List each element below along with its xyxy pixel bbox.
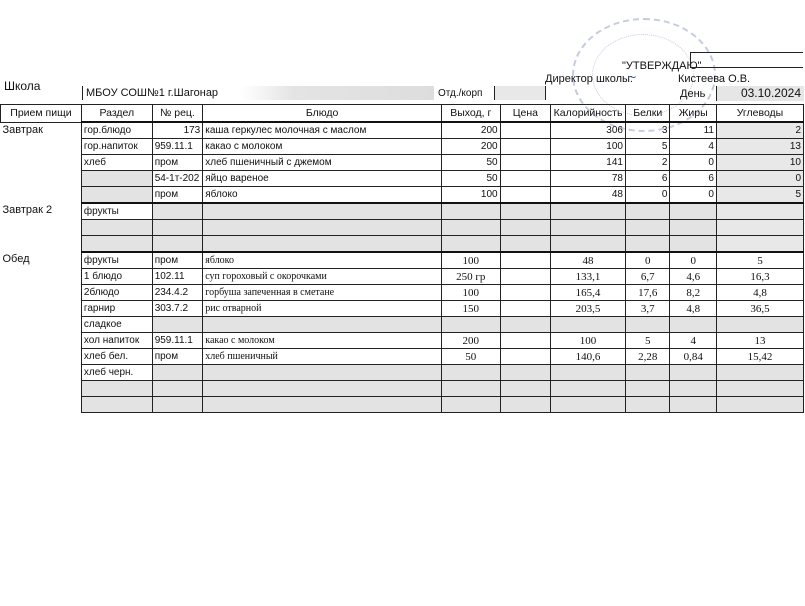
- cell-dish[interactable]: яблоко: [203, 252, 442, 269]
- cell-carbs[interactable]: 15,42: [716, 349, 803, 365]
- cell-protein[interactable]: 17,6: [625, 285, 669, 301]
- cell-section[interactable]: гор.блюдо: [81, 122, 152, 139]
- day-field[interactable]: 03.10.2024: [716, 86, 804, 101]
- cell-protein[interactable]: [625, 220, 669, 236]
- cell-recipe[interactable]: пром: [152, 155, 203, 171]
- cell-fat[interactable]: 8,2: [670, 285, 717, 301]
- cell-protein[interactable]: 0: [625, 187, 669, 204]
- table-row: [1, 381, 804, 397]
- column-header-price: Цена: [500, 105, 551, 123]
- cell-carbs[interactable]: [716, 365, 803, 381]
- cell-carbs[interactable]: 13: [716, 139, 803, 155]
- meal-name: Завтрак 2: [1, 203, 82, 252]
- cell-recipe[interactable]: [152, 381, 203, 397]
- table-row: 2блюдо234.4.2горбуша запеченная в сметан…: [1, 285, 804, 301]
- column-header-carbs: Углеводы: [716, 105, 803, 123]
- meal-name: Завтрак: [1, 122, 82, 203]
- cell-calories[interactable]: 48: [551, 187, 626, 204]
- cell-dish[interactable]: хлеб пшеничный: [203, 349, 442, 365]
- cell-dish[interactable]: суп гороховый с окорочками: [203, 269, 442, 285]
- cell-carbs[interactable]: [716, 203, 803, 220]
- cell-calories[interactable]: 100: [551, 139, 626, 155]
- table-row: промяблоко10048005: [1, 187, 804, 204]
- table-header-row: Прием пищиРаздел№ рец.БлюдоВыход, гЦенаК…: [1, 105, 804, 123]
- cell-carbs[interactable]: [716, 236, 803, 253]
- cell-carbs[interactable]: [716, 317, 803, 333]
- table-row: 1 блюдо102.11суп гороховый с окорочками2…: [1, 269, 804, 285]
- table-row: гарнир303.7.2рис отварной150203,53,74,83…: [1, 301, 804, 317]
- cell-calories[interactable]: [551, 365, 626, 381]
- signature: ~: [627, 70, 677, 84]
- director-label: Директор школы:: [545, 73, 633, 85]
- table-row: [1, 236, 804, 253]
- cell-output[interactable]: 50: [441, 171, 500, 187]
- cell-price[interactable]: [500, 285, 551, 301]
- cell-dish[interactable]: [203, 365, 442, 381]
- cell-fat[interactable]: 6: [670, 171, 717, 187]
- cell-calories[interactable]: [551, 397, 626, 413]
- table-row: 54-1т-202яйцо вареное5078660: [1, 171, 804, 187]
- table-row: хлеб черн.: [1, 365, 804, 381]
- cell-output[interactable]: [441, 220, 500, 236]
- cell-output[interactable]: 100: [441, 187, 500, 204]
- cell-recipe[interactable]: 959.11.1: [152, 139, 203, 155]
- cell-recipe[interactable]: 173: [152, 122, 203, 139]
- cell-dish[interactable]: [203, 220, 442, 236]
- cell-section[interactable]: 1 блюдо: [81, 269, 152, 285]
- cell-output[interactable]: 200: [441, 122, 500, 139]
- cell-fat[interactable]: [670, 365, 717, 381]
- cell-carbs[interactable]: [716, 220, 803, 236]
- cell-protein[interactable]: 5: [625, 333, 669, 349]
- cell-output[interactable]: [441, 203, 500, 220]
- cell-calories[interactable]: 100: [551, 333, 626, 349]
- cell-dish[interactable]: яблоко: [203, 187, 442, 204]
- table-row: Обедфруктыпромяблоко10048005: [1, 252, 804, 269]
- cell-carbs[interactable]: 0: [716, 171, 803, 187]
- cell-protein[interactable]: 3,7: [625, 301, 669, 317]
- dept-label: Отд./корп: [438, 88, 482, 99]
- cell-recipe[interactable]: [152, 365, 203, 381]
- cell-calories[interactable]: [551, 317, 626, 333]
- cell-output[interactable]: [441, 317, 500, 333]
- cell-calories[interactable]: 140,6: [551, 349, 626, 365]
- cell-protein[interactable]: [625, 203, 669, 220]
- cell-fat[interactable]: 4: [670, 333, 717, 349]
- cell-output[interactable]: [441, 381, 500, 397]
- cell-carbs[interactable]: 36,5: [716, 301, 803, 317]
- cell-recipe[interactable]: пром: [152, 349, 203, 365]
- cell-price[interactable]: [500, 236, 551, 253]
- cell-price[interactable]: [500, 220, 551, 236]
- cell-section[interactable]: гор.напиток: [81, 139, 152, 155]
- cell-section[interactable]: [81, 171, 152, 187]
- cell-price[interactable]: [500, 381, 551, 397]
- table-row: сладкое: [1, 317, 804, 333]
- column-header-section: Раздел: [81, 105, 152, 123]
- cell-fat[interactable]: [670, 220, 717, 236]
- cell-carbs[interactable]: 2: [716, 122, 803, 139]
- cell-output[interactable]: [441, 365, 500, 381]
- cell-recipe[interactable]: 959.11.1: [152, 333, 203, 349]
- cell-section[interactable]: [81, 381, 152, 397]
- cell-section[interactable]: сладкое: [81, 317, 152, 333]
- cell-recipe[interactable]: пром: [152, 252, 203, 269]
- meal-name: Обед: [1, 252, 82, 413]
- cell-fat[interactable]: 0,84: [670, 349, 717, 365]
- column-header-fat: Жиры: [670, 105, 717, 123]
- cell-dish[interactable]: какао с молоком: [203, 139, 442, 155]
- cell-price[interactable]: [500, 171, 551, 187]
- cell-calories[interactable]: [551, 236, 626, 253]
- cell-price[interactable]: [500, 122, 551, 139]
- cell-price[interactable]: [500, 139, 551, 155]
- cell-output[interactable]: [441, 236, 500, 253]
- cell-fat[interactable]: 0: [670, 155, 717, 171]
- cell-dish[interactable]: рис отварной: [203, 301, 442, 317]
- cell-protein[interactable]: 6: [625, 171, 669, 187]
- cell-price[interactable]: [500, 187, 551, 204]
- cell-price[interactable]: [500, 365, 551, 381]
- cell-section[interactable]: фрукты: [81, 252, 152, 269]
- cell-recipe[interactable]: 102.11: [152, 269, 203, 285]
- cell-protein[interactable]: [625, 365, 669, 381]
- cell-recipe[interactable]: [152, 236, 203, 253]
- menu-table: Прием пищиРаздел№ рец.БлюдоВыход, гЦенаК…: [0, 104, 804, 413]
- cell-dish[interactable]: горбуша запеченная в сметане: [203, 285, 442, 301]
- cell-output[interactable]: 100: [441, 285, 500, 301]
- cell-calories[interactable]: [551, 203, 626, 220]
- cell-fat[interactable]: [670, 236, 717, 253]
- cell-protein[interactable]: 2: [625, 155, 669, 171]
- cell-fat[interactable]: 11: [670, 122, 717, 139]
- cell-price[interactable]: [500, 269, 551, 285]
- cell-section[interactable]: [81, 236, 152, 253]
- table-row: [1, 220, 804, 236]
- school-label: Школа: [4, 79, 40, 93]
- cell-price[interactable]: [500, 317, 551, 333]
- cell-price[interactable]: [500, 301, 551, 317]
- cell-carbs[interactable]: 16,3: [716, 269, 803, 285]
- column-header-calories: Калорийность: [551, 105, 626, 123]
- cell-section[interactable]: хлеб черн.: [81, 365, 152, 381]
- table-row: хол напиток959.11.1какао с молоком200100…: [1, 333, 804, 349]
- cell-section[interactable]: [81, 220, 152, 236]
- cell-price[interactable]: [500, 349, 551, 365]
- cell-recipe[interactable]: 234.4.2: [152, 285, 203, 301]
- cell-fat[interactable]: 0: [670, 252, 717, 269]
- cell-carbs[interactable]: [716, 397, 803, 413]
- table-row: хлеб бел.промхлеб пшеничный50140,62,280,…: [1, 349, 804, 365]
- table-row: Завтрак 2фрукты: [1, 203, 804, 220]
- cell-section[interactable]: хол напиток: [81, 333, 152, 349]
- cell-dish[interactable]: каша геркулес молочная с маслом: [203, 122, 442, 139]
- cell-fat[interactable]: 4: [670, 139, 717, 155]
- column-header-meal: Прием пищи: [1, 105, 82, 123]
- cell-protein[interactable]: [625, 381, 669, 397]
- cell-section[interactable]: [81, 187, 152, 204]
- cell-section[interactable]: гарнир: [81, 301, 152, 317]
- cell-output[interactable]: 50: [441, 155, 500, 171]
- cell-calories[interactable]: 203,5: [551, 301, 626, 317]
- column-header-output: Выход, г: [441, 105, 500, 123]
- cell-fat[interactable]: [670, 397, 717, 413]
- column-header-dish: Блюдо: [203, 105, 442, 123]
- cell-fat[interactable]: [670, 203, 717, 220]
- cell-output[interactable]: 50: [441, 349, 500, 365]
- cell-dish[interactable]: [203, 317, 442, 333]
- cell-dish[interactable]: [203, 203, 442, 220]
- cell-carbs[interactable]: [716, 381, 803, 397]
- cell-output[interactable]: 250 гр: [441, 269, 500, 285]
- school-field[interactable]: МБОУ СОШ№1 г.Шагонар: [82, 86, 434, 100]
- cell-recipe[interactable]: 54-1т-202: [152, 171, 203, 187]
- cell-dish[interactable]: [203, 397, 442, 413]
- cell-protein[interactable]: 0: [625, 252, 669, 269]
- cell-output[interactable]: 150: [441, 301, 500, 317]
- cell-protein[interactable]: 6,7: [625, 269, 669, 285]
- dept-field[interactable]: [494, 86, 546, 100]
- column-header-recipe: № рец.: [152, 105, 203, 123]
- approval-box: [690, 52, 803, 68]
- cell-carbs[interactable]: 10: [716, 155, 803, 171]
- cell-fat[interactable]: [670, 381, 717, 397]
- cell-calories[interactable]: 48: [551, 252, 626, 269]
- cell-dish[interactable]: [203, 381, 442, 397]
- cell-protein[interactable]: 2,28: [625, 349, 669, 365]
- cell-output[interactable]: [441, 397, 500, 413]
- cell-section[interactable]: 2блюдо: [81, 285, 152, 301]
- cell-section[interactable]: фрукты: [81, 203, 152, 220]
- cell-protein[interactable]: [625, 317, 669, 333]
- cell-dish[interactable]: хлеб пшеничный с джемом: [203, 155, 442, 171]
- cell-fat[interactable]: 0: [670, 187, 717, 204]
- cell-carbs[interactable]: 13: [716, 333, 803, 349]
- column-header-protein: Белки: [625, 105, 669, 123]
- table-row: гор.напиток959.11.1какао с молоком200100…: [1, 139, 804, 155]
- cell-recipe[interactable]: 303.7.2: [152, 301, 203, 317]
- cell-fat[interactable]: [670, 317, 717, 333]
- cell-price[interactable]: [500, 397, 551, 413]
- cell-price[interactable]: [500, 252, 551, 269]
- cell-calories[interactable]: 141: [551, 155, 626, 171]
- cell-calories[interactable]: 78: [551, 171, 626, 187]
- cell-calories[interactable]: [551, 220, 626, 236]
- cell-fat[interactable]: 4,8: [670, 301, 717, 317]
- cell-calories[interactable]: 133,1: [551, 269, 626, 285]
- cell-calories[interactable]: [551, 381, 626, 397]
- cell-carbs[interactable]: 4,8: [716, 285, 803, 301]
- cell-output[interactable]: 100: [441, 252, 500, 269]
- cell-recipe[interactable]: [152, 203, 203, 220]
- table-row: хлебпромхлеб пшеничный с джемом501412010: [1, 155, 804, 171]
- cell-protein[interactable]: [625, 236, 669, 253]
- cell-recipe[interactable]: пром: [152, 187, 203, 204]
- cell-recipe[interactable]: [152, 220, 203, 236]
- cell-price[interactable]: [500, 155, 551, 171]
- cell-calories[interactable]: 306: [551, 122, 626, 139]
- cell-section[interactable]: хлеб: [81, 155, 152, 171]
- cell-dish[interactable]: какао с молоком: [203, 333, 442, 349]
- cell-dish[interactable]: [203, 236, 442, 253]
- cell-output[interactable]: 200: [441, 139, 500, 155]
- cell-output[interactable]: 200: [441, 333, 500, 349]
- cell-recipe[interactable]: [152, 317, 203, 333]
- table-row: Завтракгор.блюдо173каша геркулес молочна…: [1, 122, 804, 139]
- cell-protein[interactable]: 5: [625, 139, 669, 155]
- cell-calories[interactable]: 165,4: [551, 285, 626, 301]
- cell-section[interactable]: хлеб бел.: [81, 349, 152, 365]
- director-name: Кистеева О.В.: [678, 73, 750, 85]
- table-row: [1, 397, 804, 413]
- cell-protein[interactable]: [625, 397, 669, 413]
- cell-protein[interactable]: 3: [625, 122, 669, 139]
- cell-price[interactable]: [500, 203, 551, 220]
- day-label: День: [680, 88, 705, 100]
- cell-fat[interactable]: 4,6: [670, 269, 717, 285]
- cell-recipe[interactable]: [152, 397, 203, 413]
- cell-section[interactable]: [81, 397, 152, 413]
- cell-carbs[interactable]: 5: [716, 187, 803, 204]
- cell-price[interactable]: [500, 333, 551, 349]
- cell-dish[interactable]: яйцо вареное: [203, 171, 442, 187]
- cell-carbs[interactable]: 5: [716, 252, 803, 269]
